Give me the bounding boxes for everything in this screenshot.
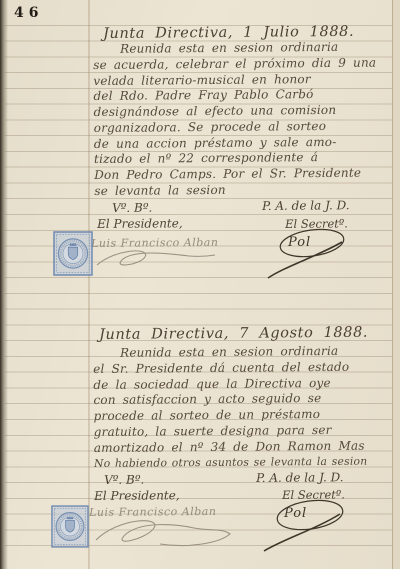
entry1-secretary-rubric: Pol (262, 226, 372, 282)
manuscript-line: se acuerda, celebrar el próximo dia 9 un… (93, 55, 396, 73)
entry2-title: Junta Directiva, 7 Agosto 1888. (99, 325, 368, 343)
page-number: 46 (14, 5, 43, 21)
entry2-secretary-rubric: Pol (258, 497, 370, 555)
manuscript-line: se levanta la sesion (94, 181, 397, 199)
entry1-secretary-name: Pol (288, 235, 311, 250)
entry1-body: Reunida esta en sesion ordinaria se acue… (93, 39, 397, 199)
president-rubric-flourish (93, 245, 218, 275)
manuscript-page: 46 Junta Directiva, 1 Julio 1888. Reunid… (0, 0, 400, 569)
manuscript-line: Don Pedro Camps. Por el Sr. Presidente (94, 165, 397, 183)
entry2-secretary-name: Pol (284, 506, 307, 521)
entry1-approval-right: P. A. de la J. D. (262, 198, 350, 213)
president-rubric-flourish (90, 514, 235, 556)
entry2-role-president: El Presidente, (94, 488, 180, 503)
manuscript-line: No habiendo otros asuntos se levanta la … (94, 454, 397, 472)
binding-shadow (0, 0, 8, 569)
margin-fold-line (88, 0, 90, 569)
entry2-approval-left: Vº. Bº. (104, 473, 144, 487)
secretary-rubric-flourish (262, 226, 372, 282)
entry1-approval-left: Vº. Bº. (112, 201, 152, 215)
fiscal-stamp-icon (53, 231, 93, 276)
entry2-body: Reunida esta en sesion ordinaria el Sr. … (93, 343, 397, 472)
entry2-approval-right: P. A. de la J. D. (256, 470, 344, 485)
secretary-rubric-flourish (258, 497, 370, 555)
entry1-role-president: El Presidente, (97, 216, 183, 231)
fiscal-stamp-icon (51, 505, 89, 548)
